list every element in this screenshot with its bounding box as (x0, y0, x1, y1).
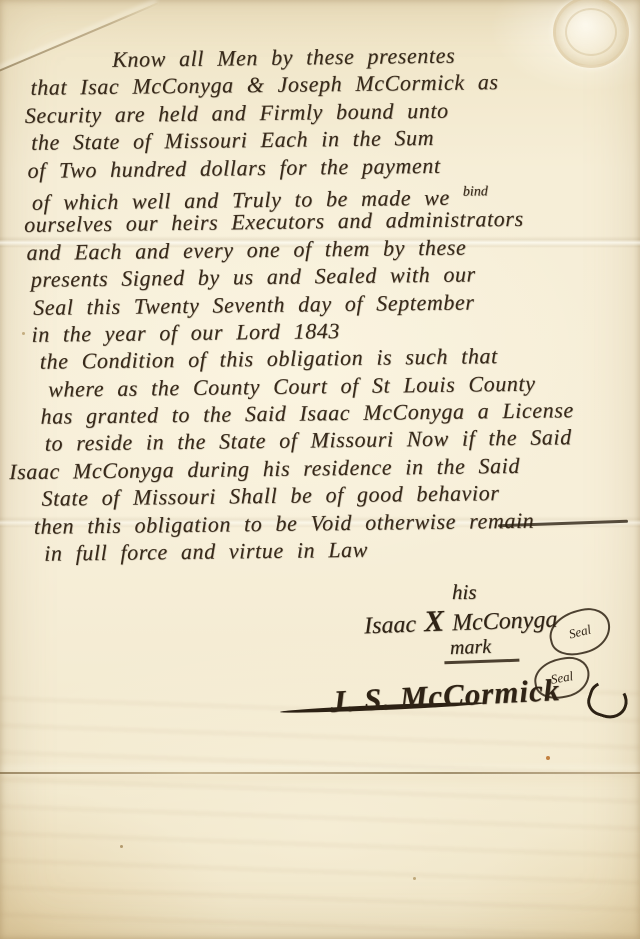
foxing-speck (413, 877, 416, 880)
x-mark: X (423, 605, 444, 639)
his-mark-label-bottom: mark (444, 635, 520, 665)
superscript-insertion: bind (463, 184, 488, 199)
signature-last-name: McConyga (452, 607, 558, 637)
foxing-speck (546, 756, 550, 760)
ink-bleed-through (0, 690, 640, 939)
foxing-speck (120, 845, 123, 848)
handwritten-body: Know all Men by these presentes that Isa… (0, 39, 640, 567)
his-mark-label-top: his (452, 580, 477, 605)
signature-first-name: Isaac (364, 612, 417, 640)
seal-label: Seal (567, 622, 593, 643)
document-page: Know all Men by these presentes that Isa… (0, 0, 640, 939)
signature-principal: Isaac X McConyga (363, 601, 557, 642)
